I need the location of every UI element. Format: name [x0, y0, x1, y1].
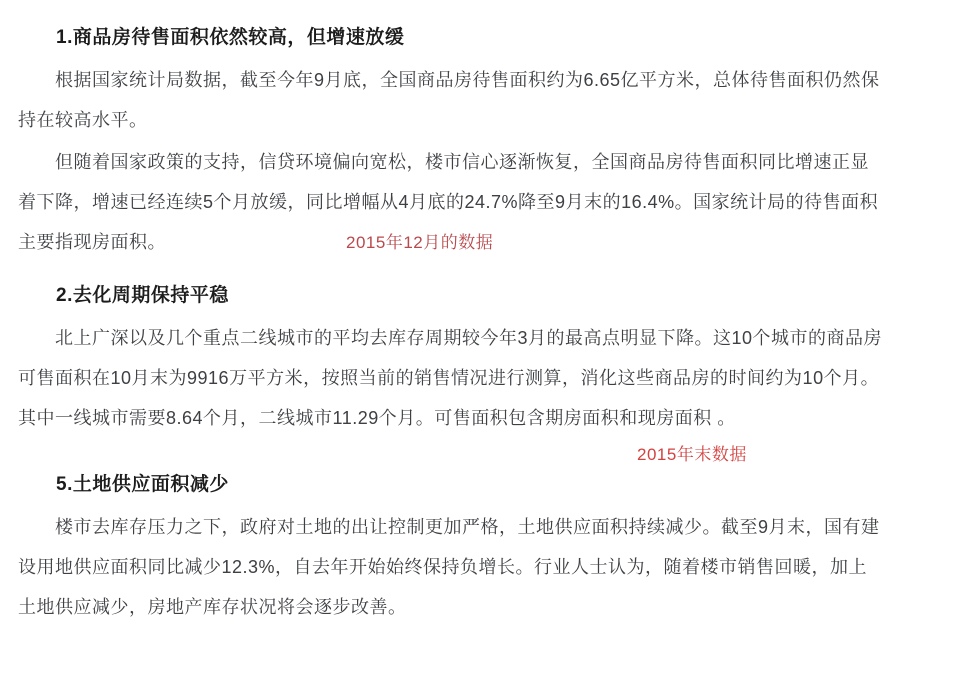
section-land-supply: 5.土地供应面积减少 楼市去库存压力之下，政府对土地的出让控制更加严格，土地供应…: [18, 471, 926, 627]
paragraph-text: 楼市去库存压力之下，政府对土地的出让控制更加严格，土地供应面积持续减少。截至9月…: [18, 517, 880, 617]
section-3-heading: 5.土地供应面积减少: [18, 471, 926, 499]
paragraph-text: 根据国家统计局数据，截至今年9月底，全国商品房待售面积约为6.65亿平方米，总体…: [18, 70, 880, 130]
paragraph: 楼市去库存压力之下，政府对土地的出让控制更加严格，土地供应面积持续减少。截至9月…: [18, 507, 926, 627]
data-note-end-2015: 2015年末数据: [637, 445, 747, 464]
section-destocking-cycle: 2.去化周期保持平稳 北上广深以及几个重点二线城市的平均去库存周期较今年3月的最…: [18, 282, 926, 469]
paragraph: 根据国家统计局数据，截至今年9月底，全国商品房待售面积约为6.65亿平方米，总体…: [18, 60, 926, 140]
article-body: 1.商品房待售面积依然较高，但增速放缓 根据国家统计局数据，截至今年9月底，全国…: [0, 0, 960, 627]
paragraph: 但随着国家政策的支持，信贷环境偏向宽松，楼市信心逐渐恢复，全国商品房待售面积同比…: [18, 142, 926, 263]
section-commodity-housing: 1.商品房待售面积依然较高，但增速放缓 根据国家统计局数据，截至今年9月底，全国…: [18, 24, 926, 263]
paragraph: 北上广深以及几个重点二线城市的平均去库存周期较今年3月的最高点明显下降。这10个…: [18, 318, 926, 438]
paragraph-text: 北上广深以及几个重点二线城市的平均去库存周期较今年3月的最高点明显下降。这10个…: [18, 328, 882, 428]
section-2-heading: 2.去化周期保持平稳: [18, 282, 926, 310]
section-1-heading: 1.商品房待售面积依然较高，但增速放缓: [18, 24, 926, 52]
data-note-line: 2015年末数据: [18, 442, 926, 469]
data-note-dec-2015: 2015年12月的数据: [346, 233, 493, 252]
page: { "colors": { "body_text": "#3e4044", "h…: [0, 0, 960, 673]
